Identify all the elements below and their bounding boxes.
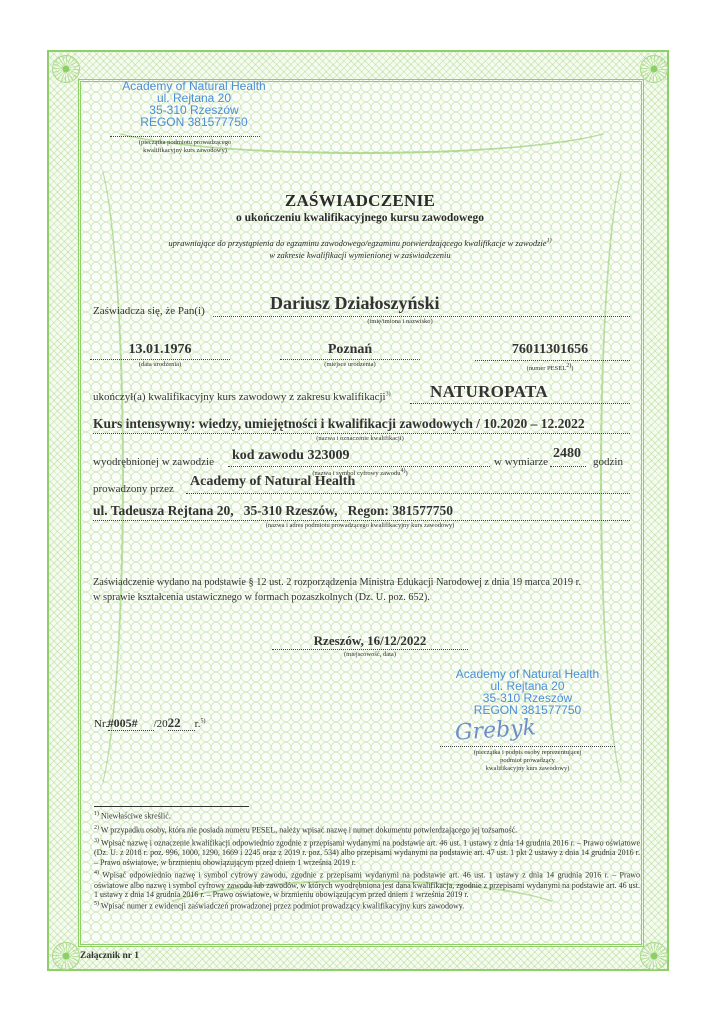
stamp-line: REGON 381577750 (440, 704, 615, 716)
vine-ornament (60, 150, 124, 804)
name-line (213, 316, 630, 317)
footnote: 3) Wpisać nazwę i oznaczenie kwalifikacj… (94, 837, 640, 867)
hours-value: 2480 (553, 446, 581, 462)
pesel-line (475, 360, 630, 361)
provider-caption: (nazwa i adres podmiotu prowadzącego kwa… (220, 522, 500, 530)
provider-name: Academy of Natural Health (190, 474, 355, 490)
stamp-top-caption: (pieczątka podmiotu prowadzącego kwalifi… (110, 139, 260, 155)
birth-place: Poznań (280, 342, 420, 358)
document-title: ZAŚWIADCZENIE (0, 191, 720, 211)
pesel-number: 76011301656 (480, 342, 620, 358)
stamp-top: Academy of Natural Health ul. Rejtana 20… (104, 80, 284, 128)
place-date-caption: (miejscowość, data) (270, 651, 470, 659)
course-name: Kurs intensywny: wiedzy, umiejętności i … (93, 416, 585, 432)
provider-line (186, 493, 630, 494)
rosette-top-left-icon (52, 55, 80, 83)
attachment-label: Załącznik nr 1 (80, 951, 139, 961)
birth-date: 13.01.1976 (90, 342, 230, 358)
stamp-line: REGON 381577750 (104, 116, 284, 128)
hours-line (550, 466, 586, 467)
provider-address-line (93, 520, 630, 521)
provider-address: ul. Tadeusza Rejtana 20, 35-310 Rzeszów,… (93, 503, 453, 519)
footnote: 1) Niewłaściwe skreślić. (94, 810, 640, 821)
birth-date-line (90, 359, 230, 360)
name-caption: (imię/imiona i nazwisko) (330, 318, 470, 326)
person-name: Dariusz Działoszyński (270, 293, 440, 314)
qualification-line (410, 403, 630, 404)
rosette-bottom-right-icon (640, 942, 668, 970)
birth-place-line (280, 359, 420, 360)
place-date-line (272, 649, 468, 650)
birth-date-caption: (data urodzenia) (90, 361, 230, 369)
course-name-line (93, 433, 630, 434)
rosette-bottom-left-icon (52, 942, 80, 970)
qualification-value: NATUROPATA (430, 382, 548, 402)
hours-label: w wymiarze (494, 456, 548, 468)
course-label: ukończył(a) kwalifikacyjny kurs zawodowy… (93, 391, 391, 403)
certificate-number-year: 22 (168, 715, 195, 731)
footnote: 5) Wpisać numer z ewidencji zaświadczeń … (94, 900, 640, 911)
italic-line-2: w zakresie kwalifikacji wymienionej w za… (0, 250, 720, 260)
footnote: 4) Wpisać odpowiednio nazwę i symbol cyf… (94, 869, 640, 899)
pesel-caption: (numer PESEL2)) (480, 362, 620, 373)
certificate-number: Nr#005#/2022r.5) (94, 715, 205, 731)
place-date: Rzeszów, 16/12/2022 (270, 633, 470, 649)
footnotes: 1) Niewłaściwe skreślić. 2) W przypadku … (94, 810, 640, 911)
footnote: 2) W przypadku osoby, która nie posiada … (94, 824, 640, 835)
course-name-caption: (nazwa i oznaczenie kwalifikacji) (260, 435, 460, 443)
birth-place-caption: (miejsce urodzenia) (280, 361, 420, 369)
profession-label: wyodrębnionej w zawodzie (93, 456, 214, 468)
stamp-top-line (110, 136, 260, 137)
legal-basis: Zaświadczenie wydano na podstawie § 12 u… (93, 575, 638, 605)
stamp-bottom: Academy of Natural Health ul. Rejtana 20… (440, 668, 615, 716)
rosette-top-right-icon (640, 55, 668, 83)
signature-line (440, 746, 615, 747)
person-label: Zaświadcza się, że Pan(i) (93, 305, 205, 317)
certificate-number-value: #005# (108, 716, 154, 731)
hours-unit: godzin (593, 456, 623, 468)
footnote-separator (94, 806, 249, 807)
stamp-bottom-caption: (pieczątka i podpis osoby reprezentujące… (440, 749, 615, 773)
document-subtitle: o ukończeniu kwalifikacyjnego kursu zawo… (0, 212, 720, 224)
profession-value: kod zawodu 323009 (232, 448, 349, 464)
italic-line-1: uprawniające do przystąpienia do egzamin… (0, 238, 720, 248)
provider-label: prowadzony przez (93, 483, 174, 495)
